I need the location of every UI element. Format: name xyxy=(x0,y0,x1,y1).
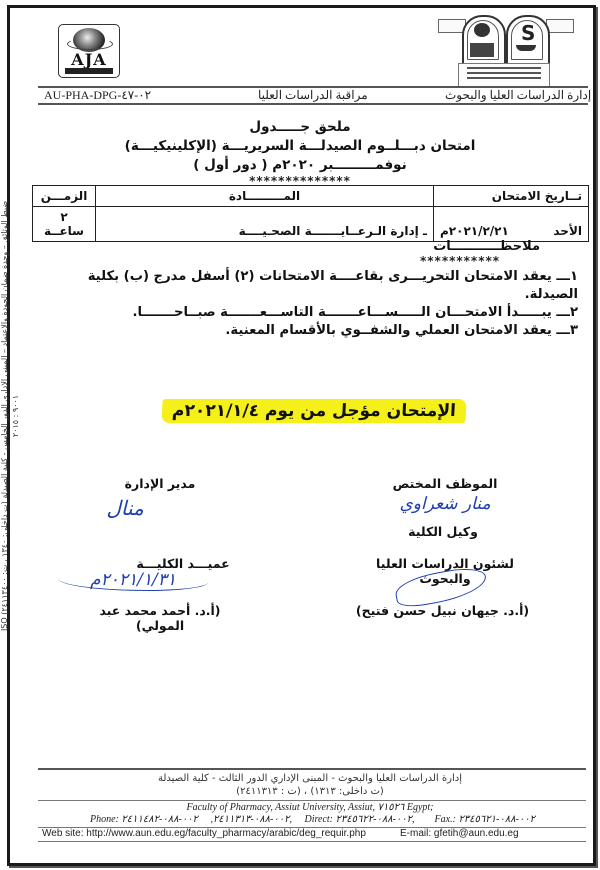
phone-number-1: ٠٠٢-٠٨٨-٢٤١١٣١٣, xyxy=(210,814,289,825)
side-note-line2: ٩٠٠١ : ٢٠١٥ xyxy=(10,191,21,641)
postponed-notice-highlight: الإمتحان مؤجل من يوم ٢٠٢١/١/٤م xyxy=(161,399,466,423)
header-exam-date: تــاريخ الامتحان xyxy=(434,186,589,207)
cell-duration: ٢ ساعــة xyxy=(33,207,96,242)
dean-name: (أ.د. أحمد محمد عبد المولي) xyxy=(80,603,240,633)
footer-arabic-line1: إدارة الدراسات العليا والبحوث - المبنى ا… xyxy=(60,772,560,785)
aja-logo-bar xyxy=(65,68,113,74)
dean-title: عميـــد الكليـــة xyxy=(128,556,238,571)
header-subject: المـــــــــادة xyxy=(96,186,434,207)
footer-divider-bottom xyxy=(38,841,586,842)
vice-dean-title: وكيل الكلية xyxy=(388,524,498,539)
aja-logo-text: AJA xyxy=(59,50,119,69)
title-line-annex: ملحق جـــــدول xyxy=(100,118,500,137)
direct-number: ٠٠٢-٠٨٨-٢٣٤٥٦٢٢, xyxy=(336,814,415,825)
footer-english-address: Faculty of Pharmacy, Assiut University, … xyxy=(60,802,560,813)
title-line-session: نوفمـــــــــبر ٢٠٢٠م ( دور أول ) xyxy=(100,156,500,175)
aja-registrars-logo: AJA xyxy=(58,24,120,78)
employee-signature: منار شعراوي xyxy=(385,494,505,514)
footer-website-link[interactable]: Web site: http://www.aun.edu.eg/faculty_… xyxy=(42,828,366,839)
header-divider-bottom xyxy=(38,103,588,105)
cell-exam-date: الأحد ٢٠٢١/٢/٢١م xyxy=(434,207,589,242)
exam-day: الأحد xyxy=(553,224,582,238)
footer-divider-top xyxy=(38,768,586,770)
side-note-line1: ضبط الوثائق – وحدة ضمان الجودة والاعتماد… xyxy=(0,191,10,641)
fax-number: ٠٠٢-٠٨٨-٢٣٤٥٦٢١ xyxy=(458,814,535,825)
exam-schedule-table: تــاريخ الامتحان المـــــــــادة الزمـــ… xyxy=(32,185,589,242)
note-item: ١ـــ يعقد الامتحان التحريـــرى بقاعــــة… xyxy=(80,268,578,304)
exam-date: ٢٠٢١/٢/٢١م xyxy=(440,224,509,238)
assiut-university-seal: S xyxy=(438,13,573,85)
footer-divider-mid xyxy=(38,800,586,801)
header-department-label: إدارة الدراسات العليا والبحوث xyxy=(445,88,591,103)
phone-label: Phone: xyxy=(90,814,119,825)
footer-arabic-line2: (ت داخلى: ١٣١٣) ، (ت : ٢٤١١٣١٣) xyxy=(60,785,560,798)
seal-caption-ribbon xyxy=(458,63,550,87)
seal-ribbon-right xyxy=(546,19,574,33)
document-control-side-note: ضبط الوثائق – وحدة ضمان الجودة والاعتماد… xyxy=(0,191,21,641)
notes-stars: *********** xyxy=(420,254,500,268)
fax-label: Fax.: xyxy=(435,814,456,825)
table-header-row: تــاريخ الامتحان المـــــــــادة الزمـــ… xyxy=(33,186,589,207)
footer-arabic-address: إدارة الدراسات العليا والبحوث - المبنى ا… xyxy=(60,772,560,798)
notes-list: ١ـــ يعقد الامتحان التحريـــرى بقاعــــة… xyxy=(80,268,578,340)
bowl-of-hygieia-icon xyxy=(516,45,536,51)
header-center-label: مراقبة الدراسات العليا xyxy=(258,88,368,103)
document-title: ملحق جـــــدول امتحان دبـــلــوم الصيدلـ… xyxy=(100,118,500,187)
caduceus-s-icon: S xyxy=(521,23,535,43)
table-row: الأحد ٢٠٢١/٢/٢١م ـ إدارة الـرعــايــــــ… xyxy=(33,207,589,242)
globe-ring-icon xyxy=(67,38,113,50)
manager-title: مدير الإدارة xyxy=(110,476,210,491)
note-item: ٣ـــ يعقد الامتحان العملي والشفــوي بالأ… xyxy=(80,322,578,340)
manager-signature: منال xyxy=(60,496,190,520)
notes-heading: ملاحظـــــــــــات xyxy=(380,239,540,254)
note-item: ٢ـــ يبـــــدأ الامتحـــان الـــــســـاع… xyxy=(80,304,578,322)
document-code: AU-PHA-DPG-٠٢-٤٧ xyxy=(44,88,151,103)
shield-text-block xyxy=(470,43,494,57)
direct-label: Direct: xyxy=(304,814,333,825)
cell-subject: ـ إدارة الـرعــايـــــــة الصحـيــــة xyxy=(96,207,434,242)
footer-phone: Phone: ٠٠٢-٠٨٨-٢٤١١٣١٣, ٠٠٢-٠٨٨-٢٤١١٤٨٢,… xyxy=(90,814,535,825)
title-line-exam: امتحان دبـــلــوم الصيدلـــة السريريـــة… xyxy=(100,137,500,156)
employee-title: الموظف المختص xyxy=(385,476,505,491)
university-shield-icon xyxy=(462,15,506,67)
sun-icon xyxy=(474,23,490,37)
footer-email-link[interactable]: E-mail: gfetih@aun.edu.eg xyxy=(400,828,519,839)
vice-dean-name: (أ.د. جيهان نبيل حسن فتيح) xyxy=(355,603,530,618)
header-duration: الزمـــن xyxy=(33,186,96,207)
pharmacy-shield-icon: S xyxy=(506,15,550,67)
